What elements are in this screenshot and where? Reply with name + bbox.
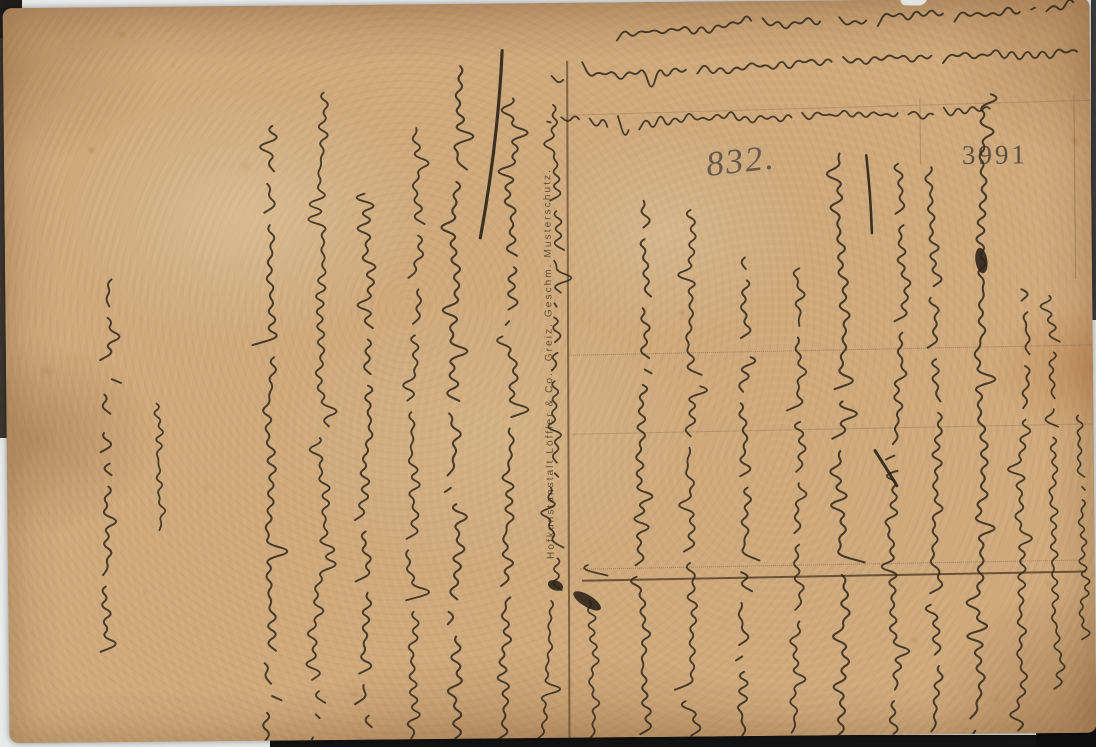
handwriting-line: [732, 257, 761, 737]
handwriting-line: [440, 66, 479, 740]
handwriting-line: [97, 279, 124, 651]
postcard: Hofkunstanstalt Löffler & Co., Greiz. Ge…: [2, 0, 1096, 743]
handwriting-line: [627, 201, 655, 735]
handwriting-line: [531, 105, 576, 739]
handwriting-line: [962, 94, 1003, 735]
handwriting-line: [878, 164, 915, 736]
handwriting-line: [827, 153, 867, 736]
handwriting-line: [551, 49, 1077, 87]
handwriting-line: [301, 93, 340, 742]
handwriting-line: [1040, 296, 1064, 689]
handwriting-line: [547, 107, 990, 136]
handwriting-line: [670, 210, 710, 736]
handwriting-line: [584, 565, 609, 739]
handwriting-line: [350, 194, 380, 728]
handwriting-line: [491, 98, 533, 739]
handwriting-line: [1077, 415, 1091, 639]
handwriting-line: [1006, 289, 1034, 730]
ink-blot: [974, 247, 989, 274]
handwriting-overlay: [2, 0, 1096, 743]
handwriting-emphasis-stroke: [479, 51, 504, 238]
handwriting-line: [154, 404, 165, 531]
handwriting-line: [617, 0, 1074, 40]
handwriting-emphasis-stroke: [866, 155, 872, 233]
handwriting-line: [922, 167, 946, 731]
handwriting-line: [250, 126, 289, 742]
handwriting-line: [786, 268, 810, 732]
handwriting-line: [401, 128, 434, 738]
scanned-postcard-back: Hofkunstanstalt Löffler & Co., Greiz. Ge…: [0, 0, 1096, 747]
